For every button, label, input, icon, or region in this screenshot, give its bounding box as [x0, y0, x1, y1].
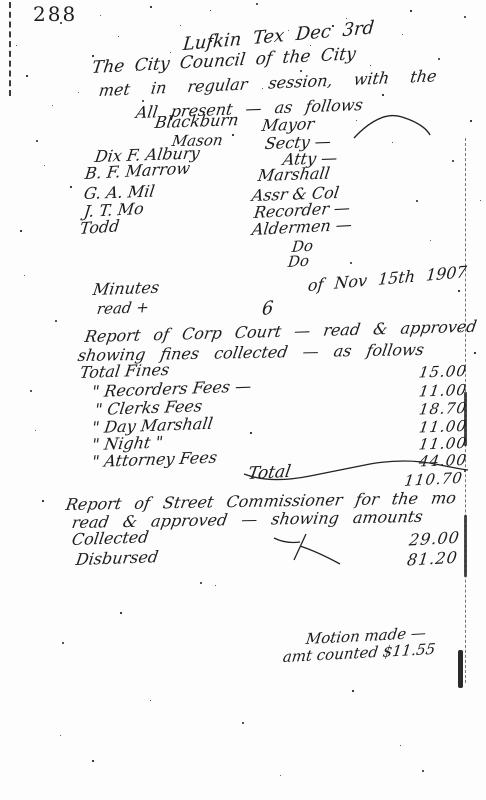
scan-noise-layer	[0, 0, 1, 1]
street-row-label: Collected	[71, 527, 150, 549]
right-binding-mark	[458, 650, 463, 688]
minutes-action: read +	[96, 298, 150, 318]
total-underline-flourish	[240, 450, 470, 484]
fee-amount: 11.00	[404, 381, 469, 401]
fee-label: " Attorney Fees	[91, 448, 219, 471]
roster-name: Todd	[79, 216, 120, 238]
street-row-amount: 29.00	[397, 528, 461, 550]
fee-amount: 15.00	[404, 362, 469, 382]
roster-title-ditto: Do	[287, 251, 310, 271]
left-margin-dashed-rule	[9, 2, 11, 96]
minutes-date: of Nov 15th 1907	[307, 262, 467, 295]
scanned-page: 288 Lufkin Tex Dec 3rd The City Council …	[0, 0, 486, 800]
page-number: 288	[33, 2, 77, 26]
fee-amount: 18.70	[404, 399, 469, 419]
pen-scribble-mark	[270, 530, 345, 568]
right-binding-mark	[464, 515, 467, 577]
roster-title: Aldermen —	[251, 215, 353, 239]
street-row-amount: 81.20	[395, 548, 459, 570]
roster-title: Marshall	[257, 163, 332, 185]
pen-flourish-arc	[352, 108, 432, 142]
roster-name: Blackburn	[154, 110, 240, 132]
minutes-pen-mark: 6	[261, 297, 274, 320]
minutes-label: Minutes	[92, 278, 161, 299]
street-row-label: Disbursed	[75, 547, 160, 569]
